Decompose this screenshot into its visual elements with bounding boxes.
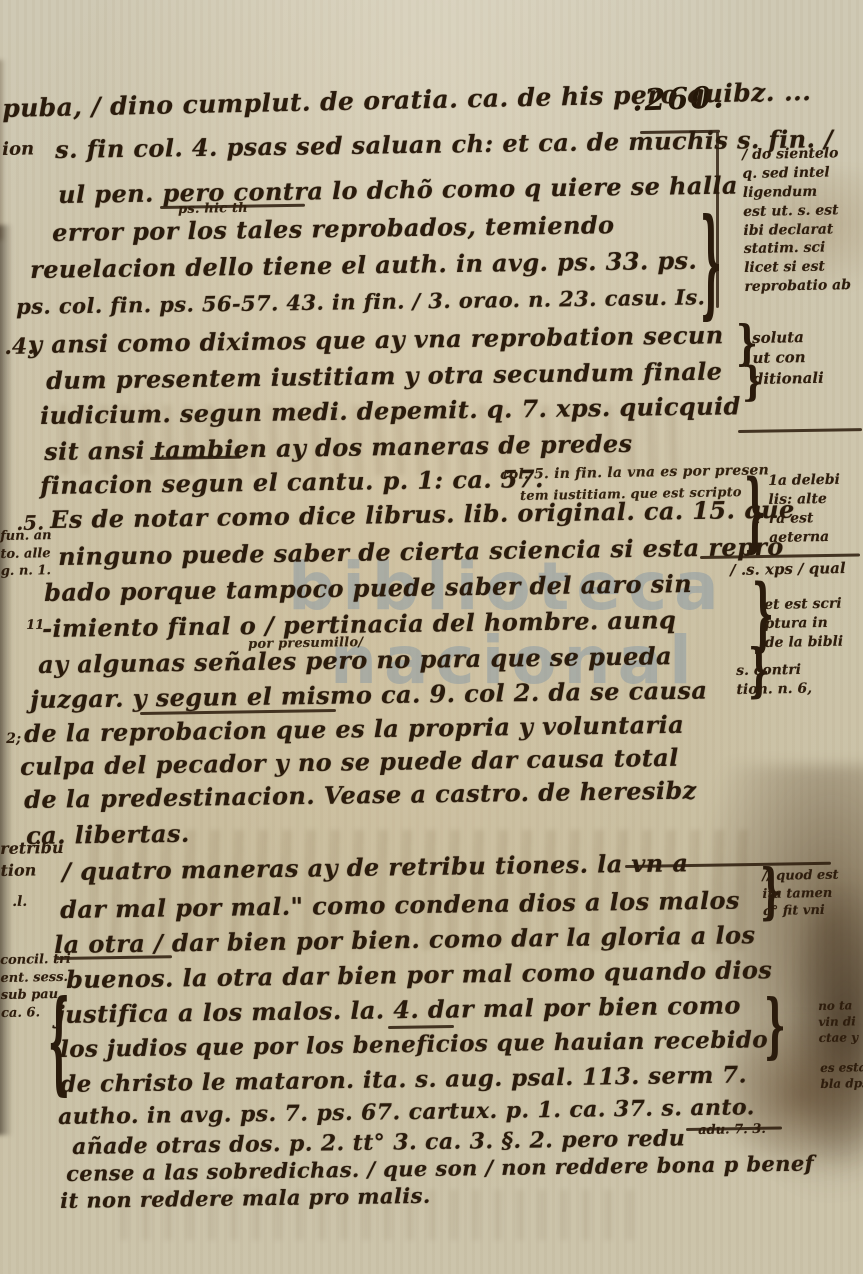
margin-note-line: g. n. 1. [1,562,53,580]
margin-notes-layer: ion.4..5.fun. anto. alleg. n. 1.112;retr… [0,0,863,1274]
margin-note-line: q. sed intel [742,163,849,184]
margin-note-line: tion. n. 6, [736,680,812,700]
margin-note-left: 2; [6,730,21,749]
margin-note-line: fun. an [0,527,52,545]
margin-note-line: no ta [818,997,858,1014]
margin-note-line: ent. sess. [0,968,71,987]
margin-note-line: q° fit vni [763,902,840,921]
margin-note-right: // quod estita tamenq° fit vni [762,867,839,921]
margin-note-line: .l. [12,893,27,912]
margin-note-line: 11 [26,617,44,635]
margin-note-left: retribution [0,837,64,881]
margin-note-line: licet si est [744,257,851,278]
margin-note-line: soluta [752,327,823,348]
margin-note-left: .l. [12,893,27,912]
margin-note-line: reprobatio ab [744,276,851,297]
margin-note-right: et est scriptura inde la bibli [764,595,843,653]
margin-note-right: es esta bibla dps [820,1059,863,1092]
margin-note-left: fun. anto. alleg. n. 1. [0,527,52,581]
margin-note-line: et est scri [764,595,843,615]
margin-note-left: ion [2,137,34,162]
margin-note-line: 1a delebi [768,471,840,491]
margin-note-line: vin di [818,1013,858,1030]
margin-note-line: aeterna [769,527,841,547]
margin-note-line: ion [2,137,34,162]
margin-note-line: s. contri [736,661,812,681]
margin-note-right: 1a delebilis: altera estaeterna [768,471,841,548]
margin-note-line: / .s. xps / qual [730,558,846,580]
margin-note-line: 2; [6,730,21,749]
margin-note-right: s. contrition. n. 6, [736,661,812,700]
margin-note-line: sub pau [1,986,72,1005]
manuscript-page: biblioteca nacional .260. }}}}}}}}{ puba… [0,0,863,1274]
margin-note-line: retribu [0,837,64,860]
margin-note-line: ditionali [753,367,824,388]
margin-note-line: ctae y [819,1030,859,1047]
margin-note-line: ut con [752,347,823,368]
margin-note-left: .4. [4,332,35,362]
margin-note-line: ita tamen [762,884,839,903]
margin-note-right: / .s. xps / qual [730,558,846,580]
margin-note-line: bla dps [820,1075,863,1092]
margin-note-right: no tavin dictae y [818,997,858,1046]
margin-note-line: // quod est [762,867,839,886]
margin-note-line: .4. [4,332,35,362]
margin-note-line: ca. 6. [1,1003,72,1022]
margin-note-line: ibi declarat [743,220,850,241]
margin-note-line: lis: alte [768,490,840,510]
margin-note-line: es esta bi [820,1059,863,1076]
margin-note-line: / do sientelo [742,144,849,165]
margin-note-left: 11 [26,617,44,635]
margin-note-line: de la bibli [765,632,844,652]
margin-note-line: ra est [769,509,841,529]
margin-note-right: solutaut conditionali [752,327,824,389]
margin-note-right: / do sienteloq. sed intelligendumest ut.… [742,144,851,297]
margin-note-line: ligendum [743,182,850,203]
margin-note-left: concil. trient. sess.sub pauca. 6. [0,951,72,1022]
margin-note-line: tion [0,858,64,881]
margin-note-line: statim. sci [744,239,851,260]
margin-note-line: concil. tri [0,951,71,970]
margin-note-right: adu. 7. 3. [698,1121,766,1140]
margin-note-line: adu. 7. 3. [698,1121,766,1140]
margin-note-line: ptura in [764,614,843,634]
margin-note-line: to. alle [0,545,52,563]
margin-note-line: est ut. s. est [743,201,850,222]
